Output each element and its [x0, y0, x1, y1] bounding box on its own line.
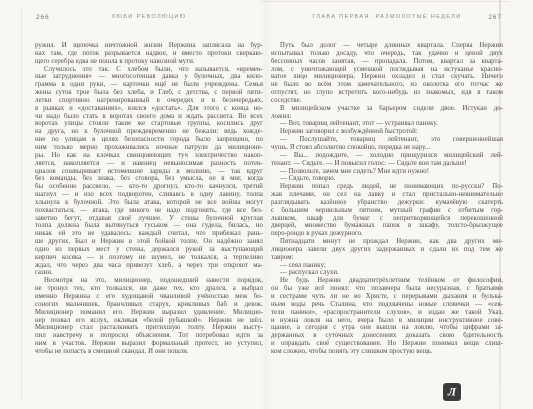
paragraph: ружил. И щепочка ничтожной жизни Нержина…: [35, 42, 263, 66]
text-line: именно Нержина с его худощавой чванливой…: [35, 293, 263, 301]
text-line: никак ей это не удавалось: каждый считал…: [35, 230, 263, 238]
paragraph: Пятнадцати минут не прождал Нержин, как …: [271, 238, 503, 262]
text-line: отпустят, но глупо встретить кого-нибудь…: [271, 89, 503, 97]
text-line: чушь. Я стоял абсолютно спокойно, порядк…: [271, 144, 503, 152]
text-line: чи надо было стать в воротах своего дома…: [35, 113, 263, 121]
right-page-header: ГЛАВА ПЕРВАЯ. РАЗМОЛОТЫЕ НЕДЕЛИ 267: [271, 14, 503, 23]
text-line: пил навстречу и попросил объяснения. Тот…: [35, 332, 263, 340]
text-line: в рывках и «доставаниях», взялся «достат…: [35, 105, 263, 113]
text-line: заветно бегут, отдавая своё лучшее. У ст…: [35, 215, 263, 223]
text-line: без команды, без знака, без сговора, без…: [35, 175, 263, 183]
text-line: шагнул — и изо всех подворотен, сливаясь…: [35, 191, 263, 199]
text-line: он бы уже всё понял: что позавчера была …: [271, 285, 503, 293]
text-line: тенант. — Сядьте. — И повысил голос: — С…: [271, 160, 503, 168]
text-line: ним в участок. Нержин выразил формальный…: [35, 340, 263, 348]
text-line: ложил:: [271, 113, 503, 121]
text-line: Нержин попал средь людей, не понимающих …: [271, 183, 503, 191]
text-line: тавром:: [271, 254, 503, 262]
text-line: грамма в одни руки, — карточки ещё не бы…: [35, 81, 263, 89]
text-line: — Вот, товарищ лейтенант, этот — устраив…: [271, 120, 503, 128]
text-line: похвастаться, — атака, где никого не над…: [35, 207, 263, 215]
text-line: соногих мальчишек, бранчливых старух, кр…: [35, 301, 263, 309]
text-line: с большим чернильным пятном, мутный граф…: [271, 207, 503, 215]
text-line: летки спортивно натренированный в очеред…: [35, 97, 263, 105]
page-edge-top: [260, 1, 510, 2]
text-line: бы особенно рассвело, — кто-то дрогнул, …: [35, 183, 263, 191]
paragraph: — распускал слухи.: [271, 269, 503, 277]
text-line: Пятнадцати минут не прождал Нержин, как …: [271, 238, 503, 246]
paragraph: — Позвольте, зачем мне сидеть? Мне идти …: [271, 168, 503, 176]
left-page-text: ружил. И щепочка ничтожной жизни Нержина…: [35, 42, 263, 356]
left-page-header: 266 ЛЮБИ РЕВОЛЮЦИЮ: [35, 14, 263, 23]
paragraph: Несмотря на это, милиционер, подошедший …: [35, 277, 263, 355]
text-line: ше других. Был и Нержин в этой бойкой то…: [35, 238, 263, 246]
text-line: нер позвал его вслух, окликая «белой руб…: [35, 317, 263, 325]
text-line: соседстве.: [271, 97, 503, 105]
text-line: и сестрами чуть ли не во Христе, с перер…: [271, 293, 503, 301]
paragraph: — Послушайте, товарищ лейтенант, это сов…: [271, 136, 503, 152]
text-line: дверцей, множество бумажных папок в шкаф…: [271, 222, 503, 230]
text-line: — Послушайте, товарищ лейтенант, это сов…: [271, 136, 503, 144]
text-line: — Позвольте, зачем мне сидеть? Мне идти …: [271, 168, 503, 176]
text-line: Милиционер стал расталкивать притихшую т…: [35, 324, 263, 332]
text-line: не было во всём этом замечательного, из …: [271, 81, 503, 89]
text-line: нах там, где поток разрывается надвое, и…: [35, 50, 263, 58]
text-line: Не будь Нержин двадцатитрёхлетним телёнк…: [271, 277, 503, 285]
text-line: держанных в суточных донесениях доказать…: [271, 332, 503, 340]
text-line: — сеял панику;: [271, 262, 503, 270]
paragraph: — Вы... подождите, — холодно прищурился …: [271, 152, 503, 168]
text-line: разглядывать казённое убранство дежурки:…: [271, 199, 503, 207]
text-line: бессонных часов занятая, — пропадала. По…: [271, 58, 503, 66]
page-number: 266: [36, 14, 50, 21]
left-page: 266 ЛЮБИ РЕВОЛЮЦИЮ ружил. И щепочка ничт…: [35, 14, 263, 356]
right-page: ГЛАВА ПЕРВАЯ. РАЗМОЛОТЫЕ НЕДЕЛИ 267 Путь…: [271, 14, 503, 356]
labirint-watermark: Л: [443, 383, 461, 401]
text-line: циалов сошвыривает истомевшие заряды в м…: [35, 168, 263, 176]
paragraph: — сеял панику;: [271, 262, 503, 270]
paragraph: В милицейском участке за барьером сидели…: [271, 105, 503, 121]
text-line: и оправдать своё существование. Но Нержи…: [271, 340, 503, 348]
text-line: не тронул тех, кто толкался, ни даже тех…: [35, 285, 263, 293]
text-line: Случилось это так. С хлебом были, что на…: [35, 66, 263, 74]
page-edge-left: [21, 6, 22, 402]
paragraph: Не будь Нержин двадцатитрёхлетним телёнк…: [271, 277, 503, 355]
text-line: жав плечами, он сел на лавку и стал прис…: [271, 191, 503, 199]
text-line: кирпич косяка — и поэтому не шумел, не т…: [35, 254, 263, 262]
text-line: ры. Но как на клочках свинцовеющих туч э…: [35, 152, 263, 160]
running-title: ЛЮБИ РЕВОЛЮЦИЮ: [35, 14, 263, 20]
watermark-letter: Л: [448, 386, 456, 398]
text-line: лом, с уничтожающей усмешкой поглядывая …: [271, 66, 503, 74]
text-line: — Сядьте, говорю.: [271, 175, 503, 183]
running-title: ГЛАВА ПЕРВАЯ. РАЗМОЛОТЫЕ НЕДЕЛИ: [271, 14, 503, 20]
text-line: Путь был долог — четыре длинных квартала…: [271, 42, 503, 50]
text-line: Нержин заговорил с возбуждённой быстрото…: [271, 128, 503, 136]
text-line: на друга, но к булочной преждевременно н…: [35, 128, 263, 136]
text-line: воротах улицы стояли такие же стартовые …: [35, 120, 263, 128]
text-line: ружил. И щепочка ничтожной жизни Нержина…: [35, 42, 263, 50]
text-line: В милицейском участке за барьером сидели…: [271, 105, 503, 113]
text-line: ждал, что через два часа привезут хлеб, …: [35, 262, 263, 270]
text-line: — распускал слухи.: [271, 269, 503, 277]
text-line: ватое лицо милиционера, Нержин охладел и…: [271, 73, 503, 81]
text-line: щание, а сегодня с утра они вышли на лов…: [271, 324, 503, 332]
text-line: ные затруднения» — многосотенная давка у…: [35, 73, 263, 81]
text-line: одно из первых мест у стены, держался ру…: [35, 246, 263, 254]
text-line: перо-рондо в руках дежурного.: [271, 230, 503, 238]
paragraph: Нержин попал средь людей, не понимающих …: [271, 183, 503, 238]
right-page-text: Путь был долог — четыре длинных квартала…: [271, 42, 503, 356]
text-line: ним только мерно прохаживались ночные па…: [35, 144, 263, 152]
text-line: Несмотря на это, милиционер, подошедший …: [35, 277, 263, 285]
paragraph: Нержин заговорил с возбуждённой быстрото…: [271, 128, 503, 136]
text-line: чтобы не попасть в смешной скандал. И он…: [35, 348, 263, 356]
text-line: хлынула к булочной. Это была атака, кото…: [35, 199, 263, 207]
text-line: газин.: [35, 269, 263, 277]
text-line: толпа должна была вытянуться гуськом — о…: [35, 222, 263, 230]
text-line: ляется, накопляется — и наконец невыноси…: [35, 160, 263, 168]
text-line: и нужна ловля на него, вчера было в мили…: [271, 317, 503, 325]
text-line: лиционера завели двух других задержанных…: [271, 246, 503, 254]
paragraph: Путь был долог — четыре длинных квартала…: [271, 42, 503, 105]
text-line: тели паники», «распространители слухов»,…: [271, 309, 503, 317]
paragraph: Случилось это так. С хлебом были, что на…: [35, 66, 263, 278]
text-line: испытывал только досаду, что очередь, та…: [271, 50, 503, 58]
text-line: ньем воды речь Сталина, что подхвачены н…: [271, 301, 503, 309]
paragraph: — Вот, товарищ лейтенант, этот — устраив…: [271, 120, 503, 128]
text-line: ние по улицам в целях безопасности город…: [35, 136, 263, 144]
page-number: 267: [488, 14, 502, 21]
text-line: щего серебра едва не пошла в протоку нав…: [35, 58, 263, 66]
text-line: жены суток трое была без хлеба, и Глеб, …: [35, 89, 263, 97]
text-line: Милиционер поманил его. Нержин выразил у…: [35, 309, 263, 317]
paragraph: — Сядьте, говорю.: [271, 175, 503, 183]
text-line: лышком, шкаф для бумаг с непритворяющейс…: [271, 215, 503, 223]
text-line: — Вы... подождите, — холодно прищурился …: [271, 152, 503, 160]
text-line: ком сложно, чтобы понять эту слишком про…: [271, 348, 503, 356]
